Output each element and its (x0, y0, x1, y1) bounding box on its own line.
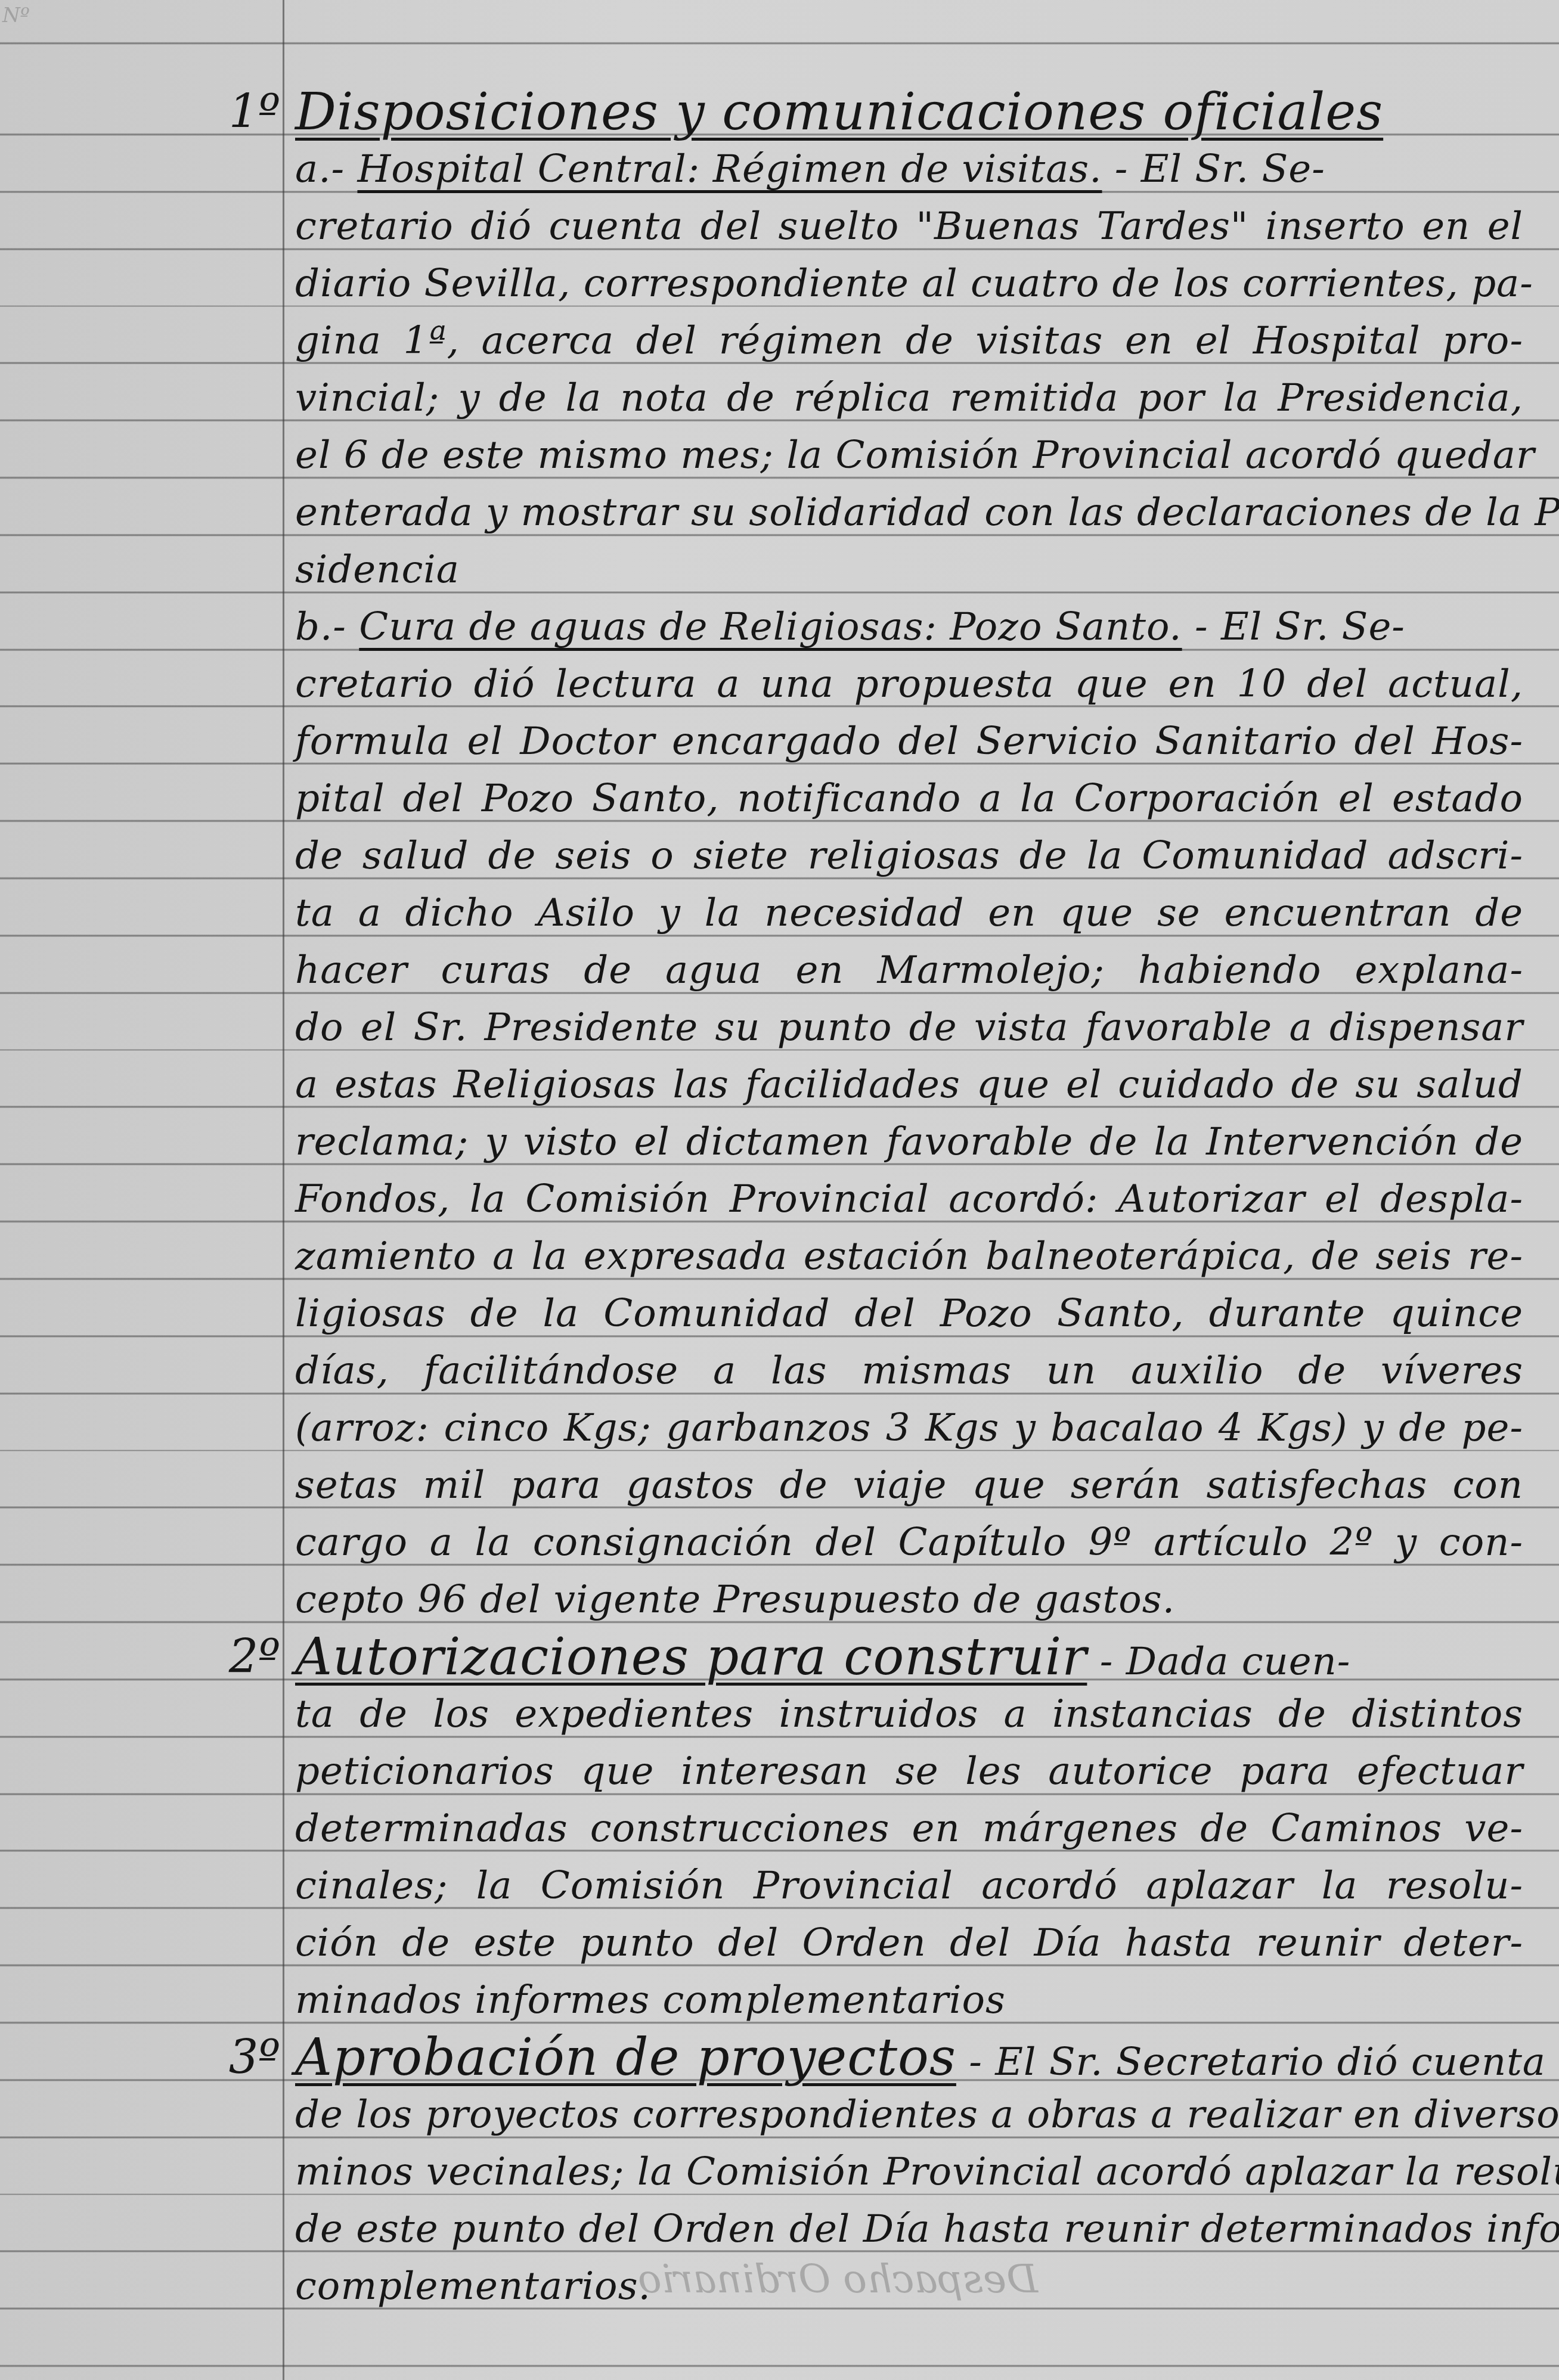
text-line: sidencia (295, 541, 1523, 598)
text-line: - Dada cuen- (1087, 1640, 1350, 1684)
section-2-number: 2º (179, 1628, 280, 1686)
bleed-through-text: Despacho Ordinario (638, 2256, 1038, 2302)
text-line: ta de los expedientes instruidos a insta… (295, 1686, 1523, 1743)
text-line: ción de este punto del Orden del Día has… (295, 1914, 1523, 1972)
text-line: de los proyectos correspondientes a obra… (295, 2086, 1523, 2143)
text-line: a estas Religiosas las facilidades que e… (295, 1056, 1523, 1113)
text-line: do el Sr. Presidente su punto de vista f… (295, 999, 1523, 1056)
subsection-b-letter: b.- (295, 605, 346, 649)
text-line: gina 1ª, acerca del régimen de visitas e… (295, 312, 1523, 370)
text-line: minados informes complementarios (295, 1972, 1523, 2029)
text-line: - El Sr. Se- (1182, 605, 1405, 649)
text-line: cretario dió cuenta del suelto "Buenas T… (295, 198, 1523, 255)
text-line: de salud de seis o siete religiosas de l… (295, 827, 1523, 885)
section-1-title: Disposiciones y comunicaciones oficiales (295, 82, 1383, 142)
text-line: diario Sevilla, correspondiente al cuatr… (295, 255, 1523, 312)
text-line: ligiosas de la Comunidad del Pozo Santo,… (295, 1285, 1523, 1342)
text-line: cretario dió lectura a una propuesta que… (295, 656, 1523, 713)
text-line: hacer curas de agua en Marmolejo; habien… (295, 942, 1523, 999)
text-line: minos vecinales; la Comisión Provincial … (295, 2143, 1523, 2201)
notebook-page: Nº 1º Disposiciones y comunicaciones ofi… (0, 0, 1559, 2380)
text-line: ta a dicho Asilo y la necesidad en que s… (295, 885, 1523, 942)
text-line: vincial; y de la nota de réplica remitid… (295, 370, 1523, 427)
text-line: reclama; y visto el dictamen favorable d… (295, 1113, 1523, 1171)
text-line: setas mil para gastos de viaje que serán… (295, 1457, 1523, 1514)
text-line: - El Sr. Secretario dió cuenta (956, 2040, 1546, 2084)
text-line: - El Sr. Se- (1102, 147, 1325, 191)
text-line: (arroz: cinco Kgs; garbanzos 3 Kgs y bac… (295, 1400, 1523, 1457)
subsection-a-title: Hospital Central: Régimen de visitas. (357, 147, 1102, 191)
text-line: enterada y mostrar su solidaridad con la… (295, 484, 1523, 541)
section-2-title: Autorizaciones para construir (295, 1627, 1087, 1687)
text-line: cargo a la consignación del Capítulo 9º … (295, 1514, 1523, 1571)
text-line: cepto 96 del vigente Presupuesto de gast… (295, 1571, 1523, 1628)
text-line: peticionarios que interesan se les autor… (295, 1743, 1523, 1800)
corner-mark: Nº (2, 4, 30, 27)
text-line: pital del Pozo Santo, notificando a la C… (295, 770, 1523, 827)
text-line: determinadas construcciones en márgenes … (295, 1800, 1523, 1857)
margin-rule (283, 0, 284, 2380)
text-line: zamiento a la expresada estación balneot… (295, 1228, 1523, 1285)
subsection-b-heading: b.- Cura de aguas de Religiosas: Pozo Sa… (295, 598, 1523, 656)
text-line: cinales; la Comisión Provincial acordó a… (295, 1857, 1523, 1914)
section-1-heading: Disposiciones y comunicaciones oficiales (295, 83, 1523, 141)
text-line: formula el Doctor encargado del Servicio… (295, 713, 1523, 770)
section-3-title: Aprobación de proyectos (295, 2028, 956, 2087)
section-2-heading: Autorizaciones para construir - Dada cue… (295, 1628, 1523, 1686)
section-1-number: 1º (179, 83, 280, 141)
subsection-a-heading: a.- Hospital Central: Régimen de visitas… (295, 141, 1523, 198)
text-line: Fondos, la Comisión Provincial acordó: A… (295, 1171, 1523, 1228)
text-line: el 6 de este mismo mes; la Comisión Prov… (295, 427, 1523, 484)
text-line: días, facilitándose a las mismas un auxi… (295, 1342, 1523, 1400)
subsection-b-title: Cura de aguas de Religiosas: Pozo Santo. (359, 605, 1182, 649)
subsection-a-letter: a.- (295, 147, 345, 191)
section-3-heading: Aprobación de proyectos - El Sr. Secreta… (295, 2029, 1523, 2086)
section-3-number: 3º (179, 2029, 280, 2086)
text-line: de este punto del Orden del Día hasta re… (295, 2201, 1523, 2258)
